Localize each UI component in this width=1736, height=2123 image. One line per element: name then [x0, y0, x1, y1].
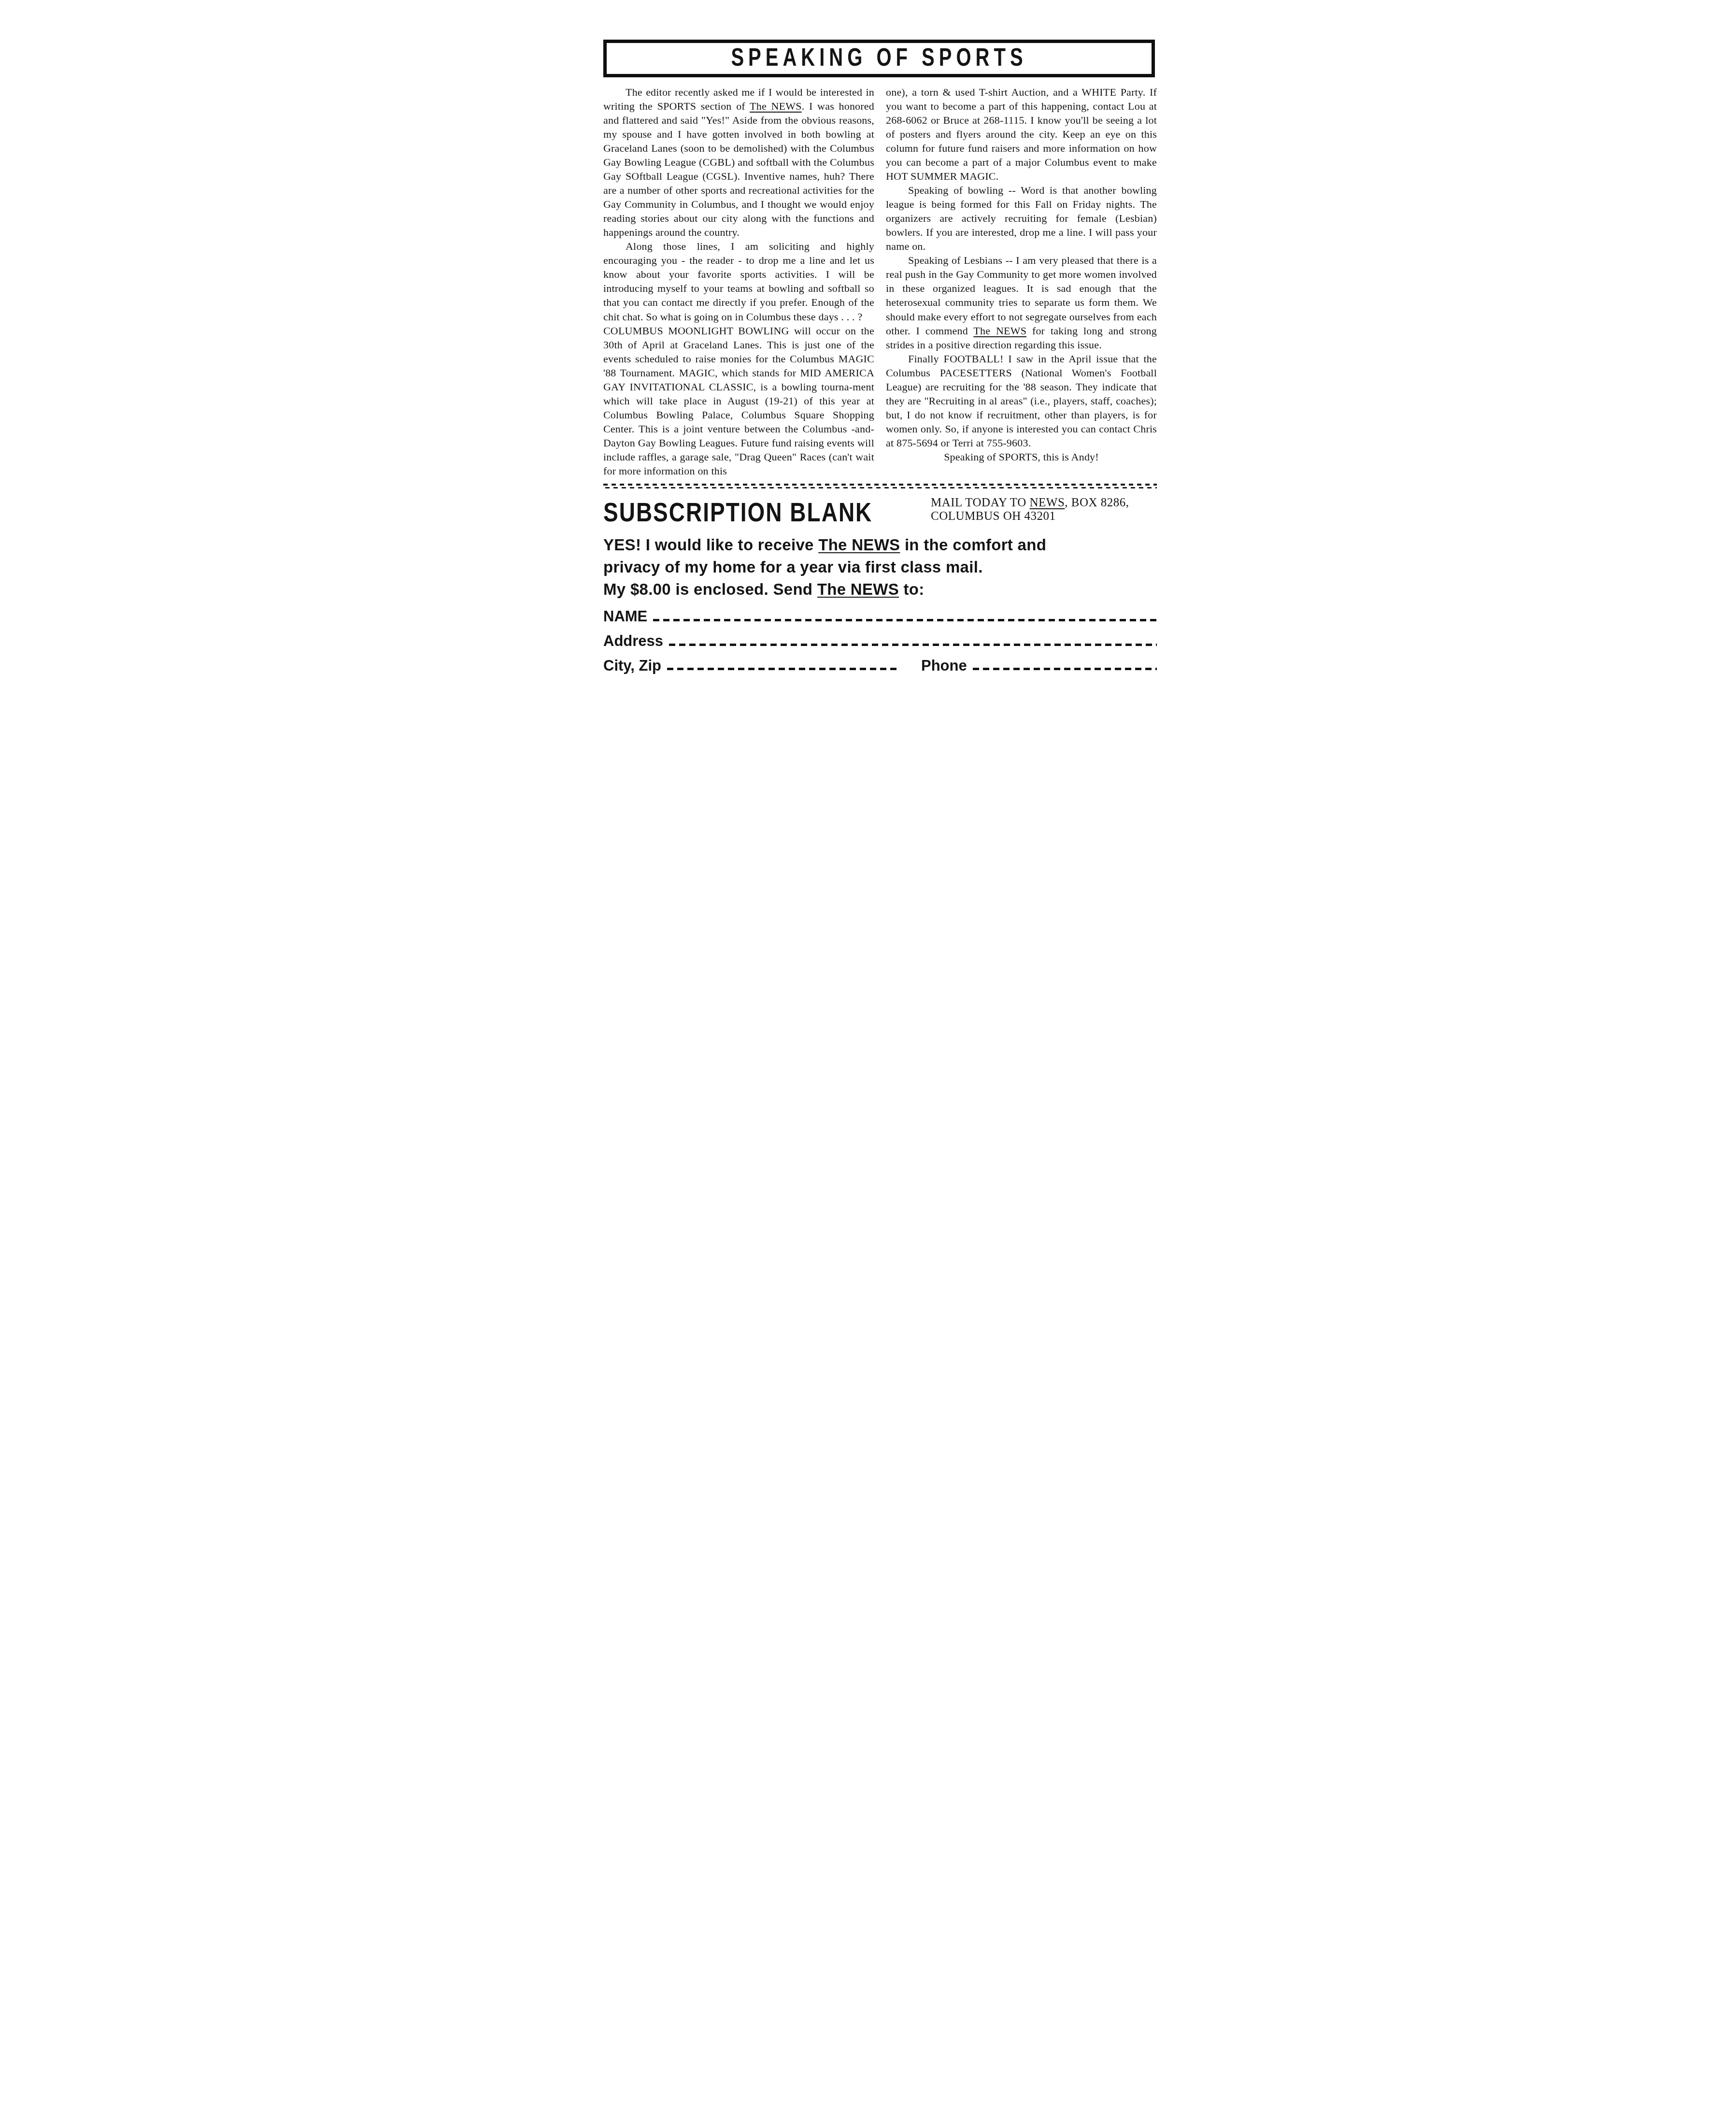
underlined-text: The NEWS — [818, 536, 900, 554]
text-segment: Along those lines, I am soliciting and h… — [603, 240, 874, 322]
text-segment: Speaking of bowling -- Word is that anot… — [886, 184, 1157, 252]
text-segment: in the comfort and — [900, 536, 1046, 554]
subscription-pitch: YES! I would like to receive The NEWS in… — [603, 534, 1157, 601]
article-column-left: The editor recently asked me if I would … — [603, 85, 874, 478]
phone-label: Phone — [921, 657, 967, 674]
paragraph: Speaking of Lesbians -- I am very please… — [886, 253, 1157, 351]
mail-to-line-1: MAIL TODAY TO NEWS, BOX 8286, — [931, 496, 1157, 510]
subscription-section: SUBSCRIPTION BLANK MAIL TODAY TO NEWS, B… — [603, 496, 1157, 674]
subscription-heading: SUBSCRIPTION BLANK — [603, 496, 872, 531]
address-label: Address — [603, 632, 663, 650]
underlined-text: The NEWS — [973, 325, 1026, 337]
text-segment: . I was honored and flattered and said "… — [603, 100, 874, 238]
text-segment: to: — [899, 580, 925, 598]
underlined-text: The NEWS — [817, 580, 899, 598]
phone-blank-line — [973, 668, 1157, 670]
article-title-banner: SPEAKING OF SPORTS — [603, 40, 1155, 77]
underlined-text: NEWS — [1030, 496, 1065, 509]
city-zip-label: City, Zip — [603, 657, 661, 674]
mail-to-address: MAIL TODAY TO NEWS, BOX 8286, COLUMBUS O… — [931, 496, 1157, 523]
paragraph: COLUMBUS MOONLIGHT BOWLING will occur on… — [603, 324, 874, 478]
pitch-line-2: privacy of my home for a year via first … — [603, 556, 1157, 578]
article-body: The editor recently asked me if I would … — [603, 85, 1157, 478]
pitch-line-3: My $8.00 is enclosed. Send The NEWS to: — [603, 578, 1157, 601]
text-segment: Speaking of SPORTS, this is Andy! — [944, 451, 1099, 463]
text-segment: one), a torn & used T-shirt Auction, and… — [886, 86, 1157, 182]
paragraph: Along those lines, I am soliciting and h… — [603, 239, 874, 323]
text-segment: , BOX 8286, — [1065, 496, 1129, 509]
text-segment: Finally FOOTBALL! I saw in the April iss… — [886, 353, 1157, 449]
text-segment: COLUMBUS MOONLIGHT BOWLING will occur on… — [603, 325, 874, 477]
page-title: SPEAKING OF SPORTS — [607, 42, 1152, 74]
paragraph: Finally FOOTBALL! I saw in the April iss… — [886, 352, 1157, 450]
address-blank-line — [669, 644, 1157, 646]
dashed-separator — [603, 484, 1157, 489]
paragraph: The editor recently asked me if I would … — [603, 85, 874, 239]
form-row-city-zip-phone: City, Zip Phone — [603, 657, 1157, 674]
name-blank-line — [653, 619, 1157, 621]
form-row-name: NAME — [603, 608, 1157, 625]
text-segment: YES! I would like to receive — [603, 536, 818, 554]
text-segment: MAIL TODAY TO — [931, 496, 1030, 509]
underlined-text: The NEWS — [750, 100, 802, 112]
subscription-header-row: SUBSCRIPTION BLANK MAIL TODAY TO NEWS, B… — [603, 496, 1157, 525]
scanned-newsletter-page: SPEAKING OF SPORTS The editor recently a… — [559, 0, 1177, 756]
subscription-form: NAME Address City, Zip Phone — [603, 608, 1157, 674]
text-segment: privacy of my home for a year via first … — [603, 558, 983, 576]
pitch-line-1: YES! I would like to receive The NEWS in… — [603, 534, 1157, 556]
paragraph: Speaking of SPORTS, this is Andy! — [886, 450, 1157, 464]
paragraph: Speaking of bowling -- Word is that anot… — [886, 183, 1157, 253]
text-segment: My $8.00 is enclosed. Send — [603, 580, 817, 598]
name-label: NAME — [603, 608, 647, 625]
mail-to-line-2: COLUMBUS OH 43201 — [931, 510, 1157, 523]
article-column-right: one), a torn & used T-shirt Auction, and… — [886, 85, 1157, 478]
city-zip-blank-line — [667, 668, 898, 670]
form-row-address: Address — [603, 632, 1157, 650]
paragraph: one), a torn & used T-shirt Auction, and… — [886, 85, 1157, 183]
